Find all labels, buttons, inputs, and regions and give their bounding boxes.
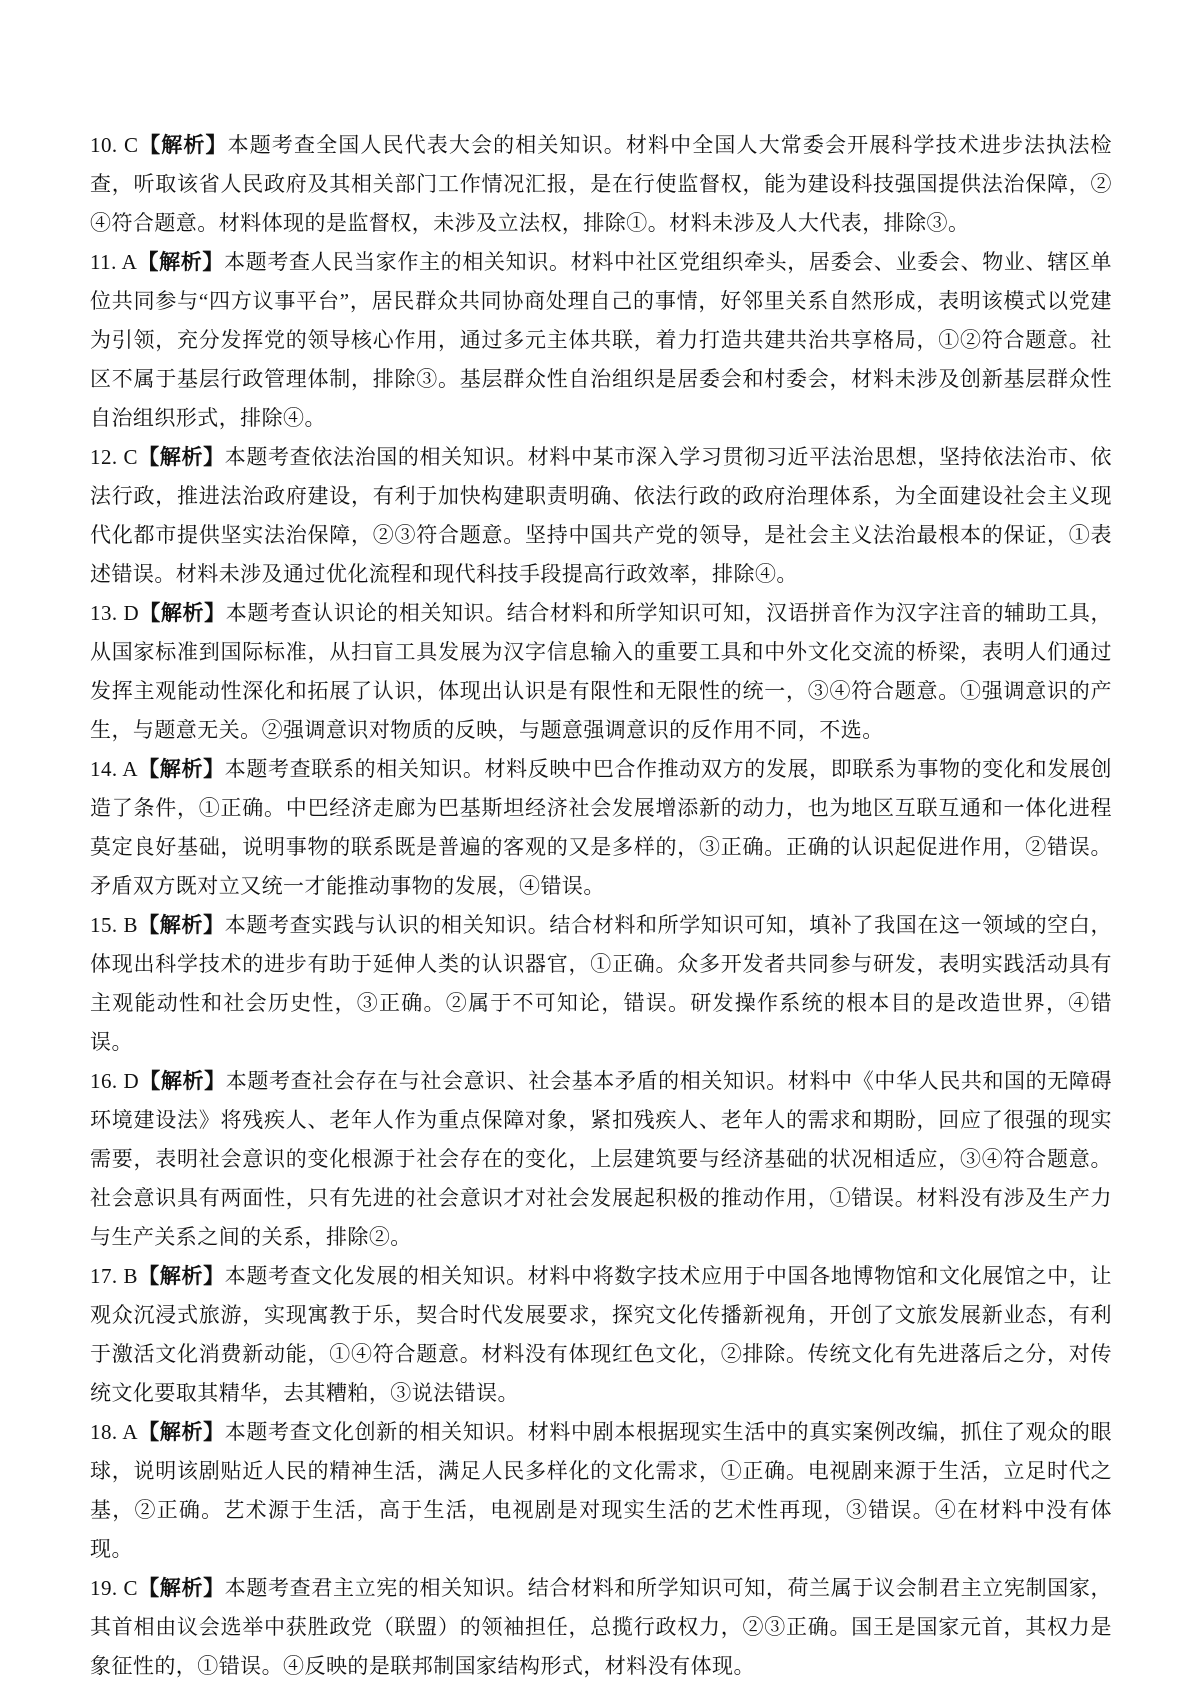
question-number-and-answer: 11. A bbox=[90, 250, 137, 274]
analysis-text: 本题考查文化发展的相关知识。材料中将数字技术应用于中国各地博物馆和文化展馆之中，… bbox=[90, 1264, 1112, 1405]
question-number-and-answer: 16. D bbox=[90, 1069, 139, 1093]
analysis-label: 【解析】 bbox=[139, 1070, 226, 1093]
analysis-text: 本题考查社会存在与社会意识、社会基本矛盾的相关知识。材料中《中华人民共和国的无障… bbox=[90, 1069, 1112, 1249]
analysis-text: 本题考查文化创新的相关知识。材料中剧本根据现实生活中的真实案例改编，抓住了观众的… bbox=[90, 1420, 1112, 1561]
question-number-and-answer: 14. A bbox=[90, 757, 138, 781]
analysis-text: 本题考查联系的相关知识。材料反映中巴合作推动双方的发展，即联系为事物的变化和发展… bbox=[90, 757, 1112, 898]
answer-item-15: 15. B【解析】本题考查实践与认识的相关知识。结合材料和所学知识可知，填补了我… bbox=[90, 906, 1112, 1062]
answer-item-12: 12. C【解析】本题考查依法治国的相关知识。材料中某市深入学习贯彻习近平法治思… bbox=[90, 438, 1112, 594]
analysis-text: 本题考查全国人民代表大会的相关知识。材料中全国人大常委会开展科学技术进步法执法检… bbox=[90, 133, 1112, 235]
analysis-text: 本题考查依法治国的相关知识。材料中某市深入学习贯彻习近平法治思想，坚持依法治市、… bbox=[90, 445, 1112, 586]
document-page: 10. C【解析】本题考查全国人民代表大会的相关知识。材料中全国人大常委会开展科… bbox=[0, 0, 1200, 1698]
answer-item-19: 19. C【解析】本题考查君主立宪的相关知识。结合材料和所学知识可知，荷兰属于议… bbox=[90, 1569, 1112, 1686]
analysis-text: 本题考查君主立宪的相关知识。结合材料和所学知识可知，荷兰属于议会制君主立宪制国家… bbox=[90, 1576, 1112, 1678]
analysis-label: 【解析】 bbox=[138, 1421, 225, 1444]
answer-item-13: 13. D【解析】本题考查认识论的相关知识。结合材料和所学知识可知，汉语拼音作为… bbox=[90, 594, 1112, 750]
question-number-and-answer: 12. C bbox=[90, 445, 138, 469]
question-number-and-answer: 17. B bbox=[90, 1264, 138, 1288]
analysis-label: 【解析】 bbox=[138, 134, 227, 157]
analysis-label: 【解析】 bbox=[139, 602, 226, 625]
analysis-text: 本题考查认识论的相关知识。结合材料和所学知识可知，汉语拼音作为汉字注音的辅助工具… bbox=[90, 601, 1112, 742]
question-number-and-answer: 19. C bbox=[90, 1576, 138, 1600]
answer-item-10: 10. C【解析】本题考查全国人民代表大会的相关知识。材料中全国人大常委会开展科… bbox=[90, 126, 1112, 243]
analysis-label: 【解析】 bbox=[138, 1265, 225, 1288]
analysis-label: 【解析】 bbox=[138, 758, 225, 781]
answer-item-11: 11. A【解析】本题考查人民当家作主的相关知识。材料中社区党组织牵头，居委会、… bbox=[90, 243, 1112, 438]
analysis-label: 【解析】 bbox=[137, 251, 224, 274]
question-number-and-answer: 18. A bbox=[90, 1420, 138, 1444]
analysis-text: 本题考查人民当家作主的相关知识。材料中社区党组织牵头，居委会、业委会、物业、辖区… bbox=[90, 250, 1112, 430]
question-number-and-answer: 15. B bbox=[90, 913, 138, 937]
question-number-and-answer: 13. D bbox=[90, 601, 139, 625]
analysis-label: 【解析】 bbox=[138, 446, 225, 469]
question-number-and-answer: 10. C bbox=[90, 133, 138, 157]
answer-item-16: 16. D【解析】本题考查社会存在与社会意识、社会基本矛盾的相关知识。材料中《中… bbox=[90, 1062, 1112, 1257]
analysis-label: 【解析】 bbox=[138, 914, 225, 937]
answer-item-17: 17. B【解析】本题考查文化发展的相关知识。材料中将数字技术应用于中国各地博物… bbox=[90, 1257, 1112, 1413]
answer-item-14: 14. A【解析】本题考查联系的相关知识。材料反映中巴合作推动双方的发展，即联系… bbox=[90, 750, 1112, 906]
analysis-text: 本题考查实践与认识的相关知识。结合材料和所学知识可知，填补了我国在这一领域的空白… bbox=[90, 913, 1112, 1054]
answer-item-18: 18. A【解析】本题考查文化创新的相关知识。材料中剧本根据现实生活中的真实案例… bbox=[90, 1413, 1112, 1569]
analysis-label: 【解析】 bbox=[138, 1577, 225, 1600]
